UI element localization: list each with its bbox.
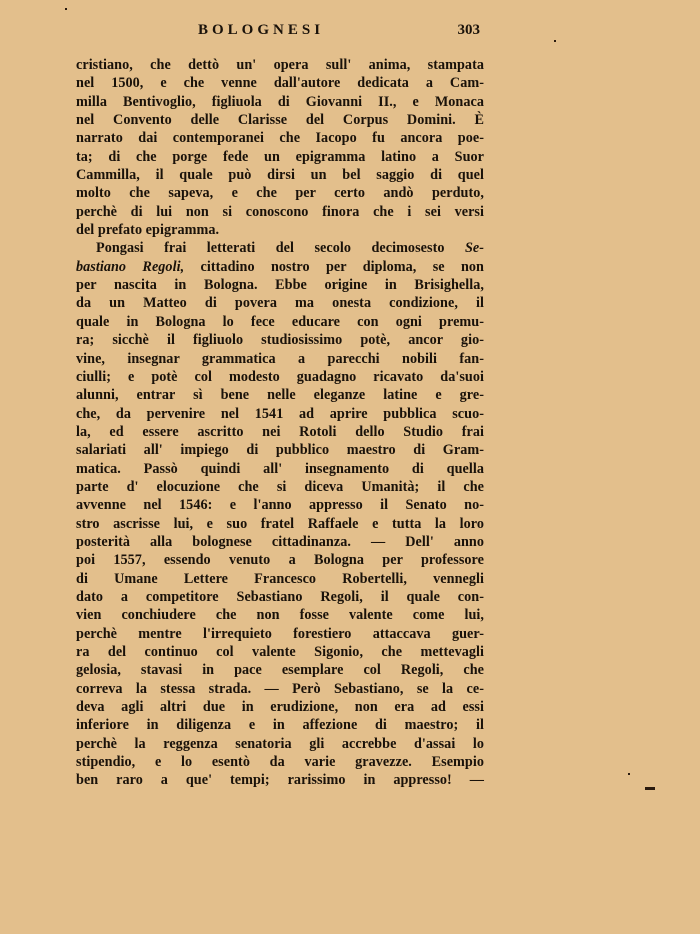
text-line: matica. Passò quindi all' insegnamento d… xyxy=(76,460,484,478)
text-run: cittadino nostro per diploma, se non xyxy=(184,259,484,275)
text-line: salariati all' impiego di pubblico maest… xyxy=(76,441,484,459)
text-line: ben raro a que' tempi; rarissimo in appr… xyxy=(76,771,484,789)
text-line: per nascita in Bologna. Ebbe origine in … xyxy=(76,276,484,294)
text-line: ra del continuo col valente Sigonio, che… xyxy=(76,643,484,661)
text-line: dato a competitore Sebastiano Regoli, il… xyxy=(76,588,484,606)
paragraph-start-line: Pongasi frai letterati del secolo decimo… xyxy=(76,239,484,257)
text-line: Cammilla, il quale può dirsi un bel sagg… xyxy=(76,166,484,184)
running-title: BOLOGNESI xyxy=(198,22,324,39)
text-line: quale in Bologna lo fece educare con ogn… xyxy=(76,313,484,331)
text-line: ta; di che porge fede un epigramma latin… xyxy=(76,148,484,166)
text-run: Pongasi frai letterati del secolo decimo… xyxy=(96,240,465,256)
scan-speck xyxy=(628,773,630,775)
italic-name: Se- xyxy=(465,240,484,256)
text-line: milla Bentivoglio, figliuola di Giovanni… xyxy=(76,93,484,111)
text-line: alunni, entrar sì bene nelle eleganze la… xyxy=(76,386,484,404)
text-line: deva agli altri due in erudizione, non e… xyxy=(76,698,484,716)
paragraph-end-line: del prefato epigramma. xyxy=(76,221,484,239)
text-line: narrato dai contemporanei che Iacopo fu … xyxy=(76,129,484,147)
text-line: correva la stessa strada. — Però Sebasti… xyxy=(76,680,484,698)
scan-speck xyxy=(65,8,67,10)
text-line: molto che sapeva, e che per certo andò p… xyxy=(76,184,484,202)
text-line: posterità alla bolognese cittadinanza. —… xyxy=(76,533,484,551)
text-line: inferiore in diligenza e in affezione di… xyxy=(76,716,484,734)
page-header: BOLOGNESI 303 xyxy=(78,22,482,44)
text-line: vine, insegnar grammatica a parecchi nob… xyxy=(76,350,484,368)
text-line: vien conchiudere che non fosse valente c… xyxy=(76,606,484,624)
text-line: nel Convento delle Clarisse del Corpus D… xyxy=(76,111,484,129)
text-line: nel 1500, e che venne dall'autore dedica… xyxy=(76,74,484,92)
text-line: perchè la reggenza senatoria gli accrebb… xyxy=(76,735,484,753)
text-line: bastiano Regoli, cittadino nostro per di… xyxy=(76,258,484,276)
text-line: cristiano, che dettò un' opera sull' ani… xyxy=(76,56,484,74)
text-line: perchè di lui non si conoscono finora ch… xyxy=(76,203,484,221)
text-line: parte d' elocuzione che si diceva Umanit… xyxy=(76,478,484,496)
text-line: la, ed essere ascritto nei Rotoli dello … xyxy=(76,423,484,441)
text-line: ciulli; e potè col modesto guadagno rica… xyxy=(76,368,484,386)
text-line: gelosia, stavasi in pace esemplare col R… xyxy=(76,661,484,679)
body-text: cristiano, che dettò un' opera sull' ani… xyxy=(76,56,484,790)
text-line: stipendio, e lo esentò da varie gravezze… xyxy=(76,753,484,771)
scan-speck xyxy=(645,787,655,790)
text-line: avvenne nel 1546: e l'anno appresso il S… xyxy=(76,496,484,514)
text-line: poi 1557, essendo venuto a Bologna per p… xyxy=(76,551,484,569)
text-line: di Umane Lettere Francesco Robertelli, v… xyxy=(76,570,484,588)
text-line: ra; sicchè il figliuolo studiosissimo po… xyxy=(76,331,484,349)
text-line: che, da pervenire nel 1541 ad aprire pub… xyxy=(76,405,484,423)
text-line: da un Matteo di povera ma onesta condizi… xyxy=(76,294,484,312)
text-line: stro ascrisse lui, e suo fratel Raffaele… xyxy=(76,515,484,533)
page-number: 303 xyxy=(458,22,481,39)
scan-speck xyxy=(554,40,556,42)
text-line: perchè mentre l'irrequieto forestiero at… xyxy=(76,625,484,643)
italic-name: bastiano Regoli, xyxy=(76,259,184,275)
